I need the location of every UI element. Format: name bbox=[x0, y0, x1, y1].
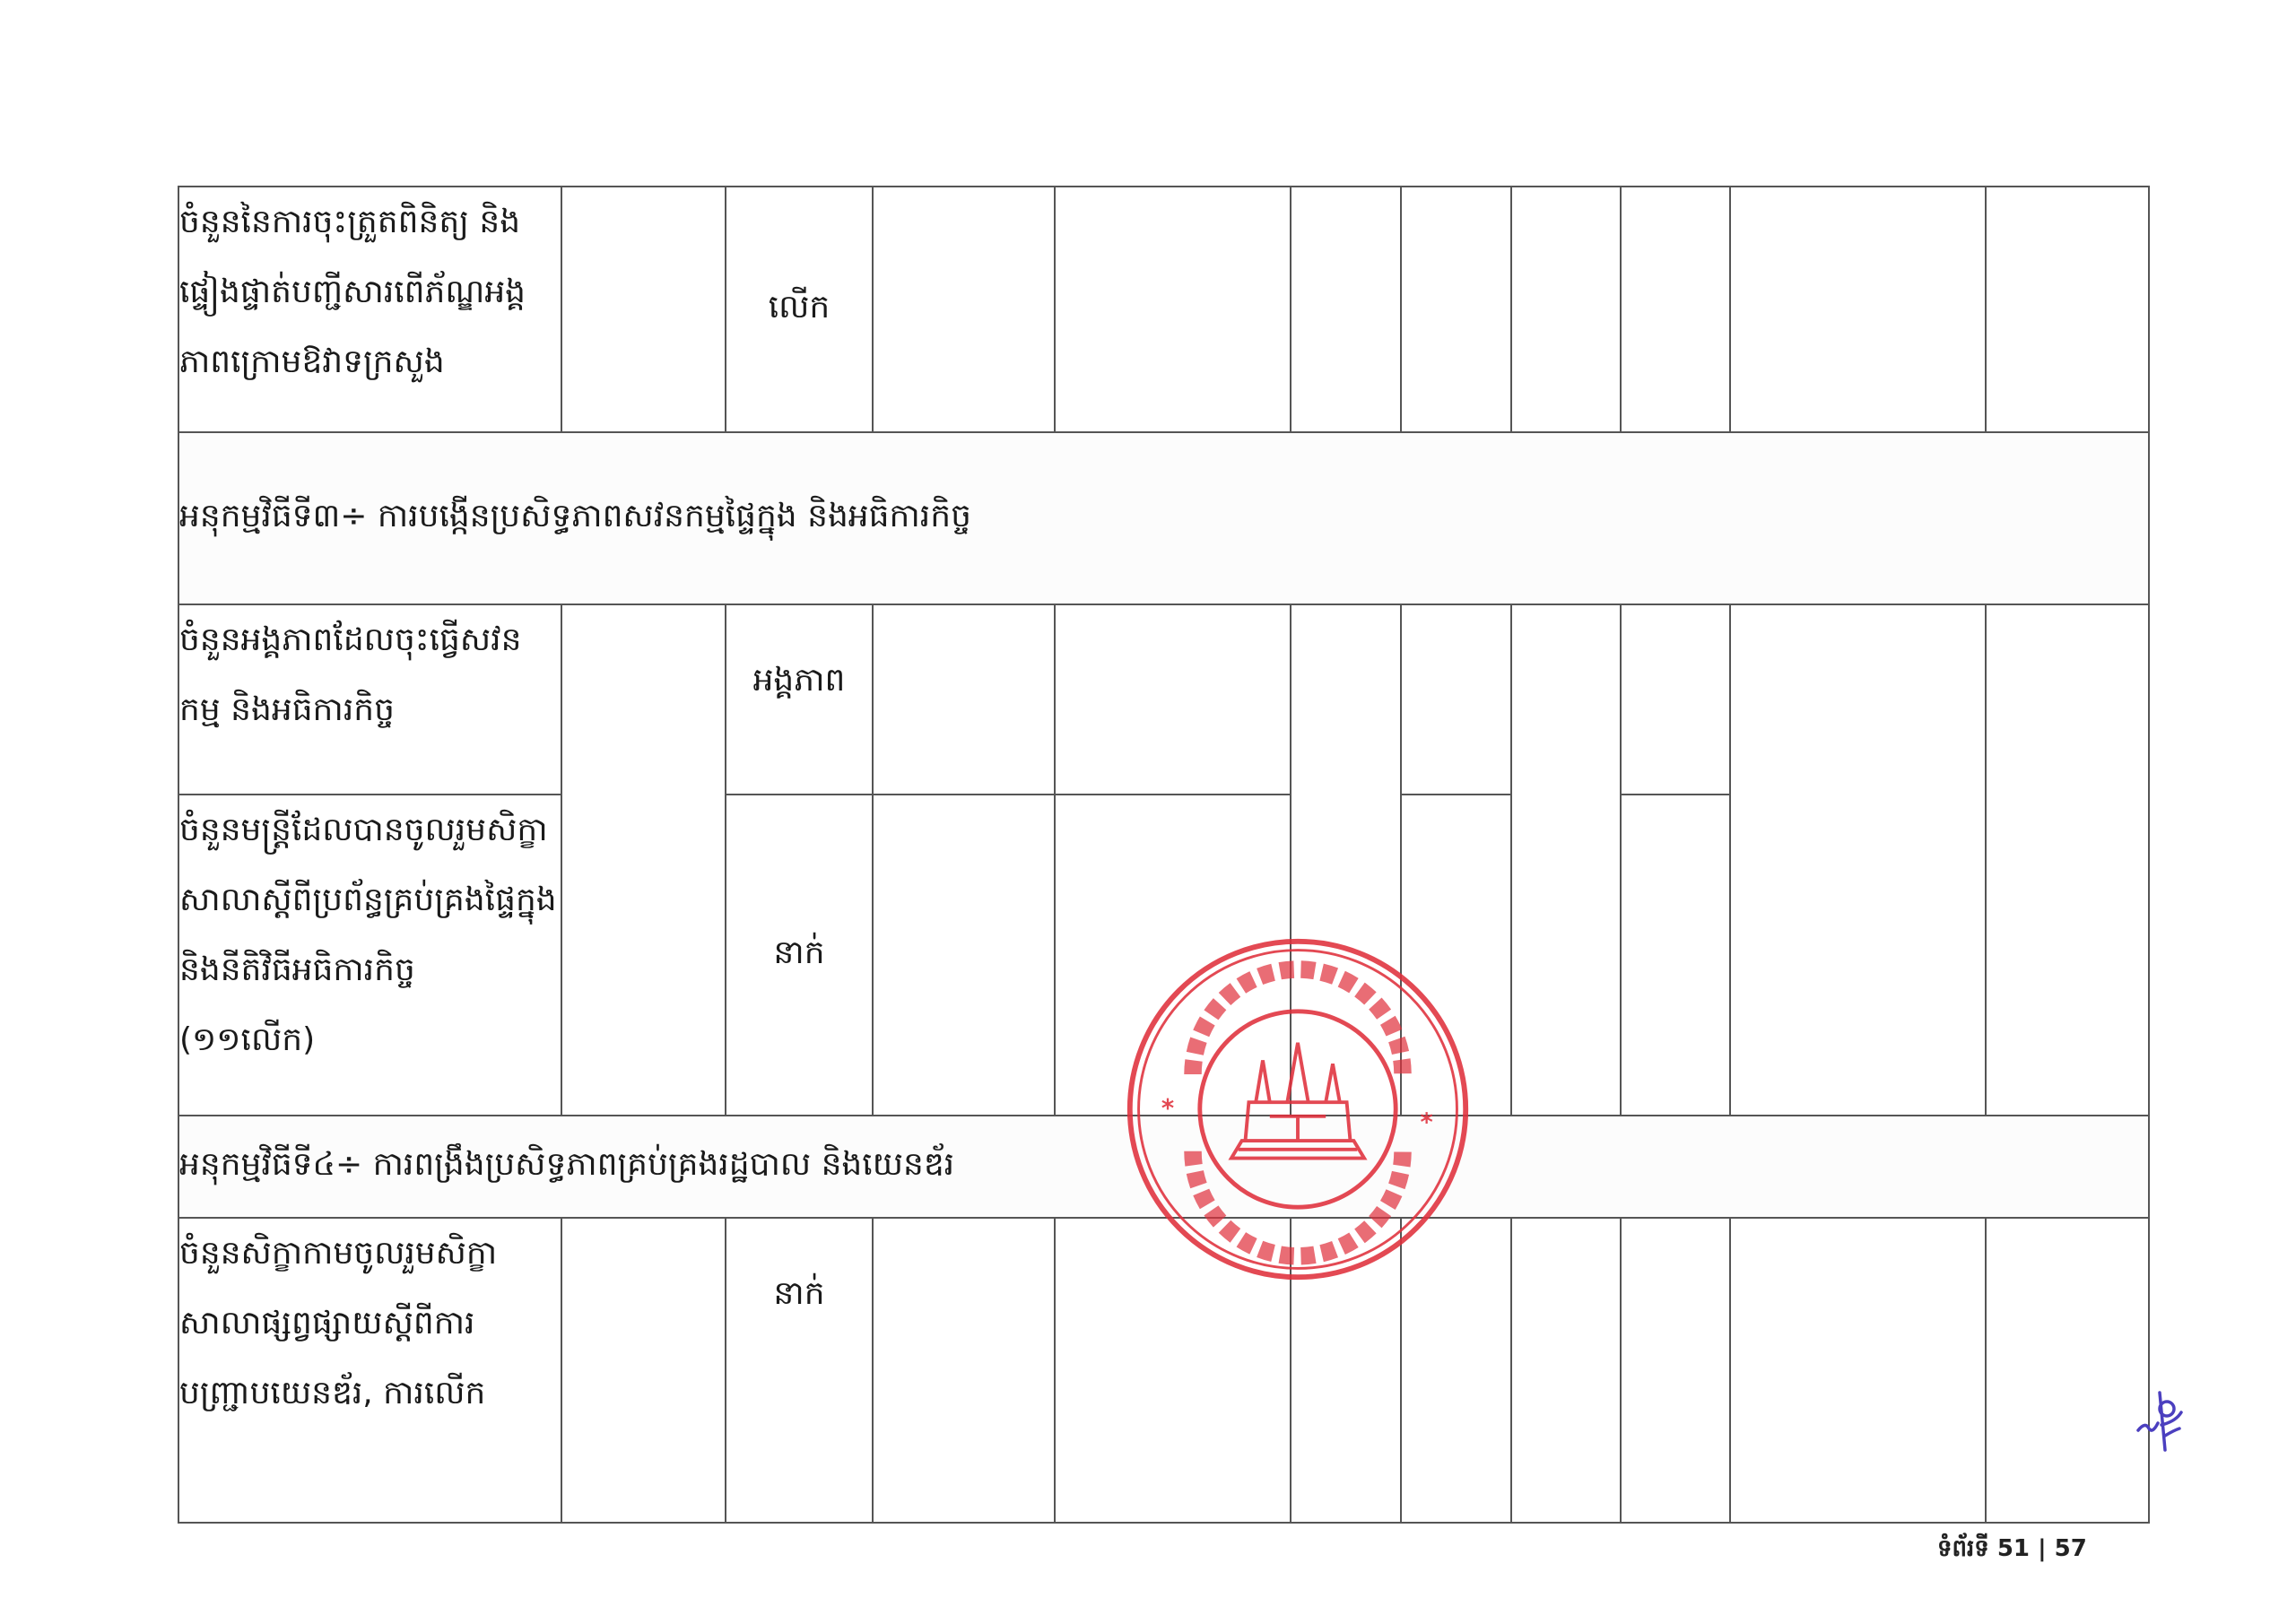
page-current: 51 bbox=[1997, 1535, 2030, 1562]
unit-cell: នាក់ bbox=[726, 795, 873, 1116]
empty-cell bbox=[1511, 604, 1621, 1116]
indicator-cell: ចំនួនអង្គភាពដែលចុះធ្វើសវនកម្ម និងអធិការក… bbox=[178, 604, 561, 795]
empty-cell bbox=[1621, 187, 1730, 432]
empty-cell bbox=[1511, 1218, 1621, 1523]
empty-cell bbox=[561, 604, 726, 1116]
empty-cell bbox=[1055, 604, 1291, 795]
empty-cell bbox=[1055, 187, 1291, 432]
page-total: 57 bbox=[2055, 1535, 2087, 1562]
indicator-cell: ចំនួននៃការចុះត្រួតពិនិត្យ និងផ្ទៀងផ្ទាត់… bbox=[178, 187, 561, 432]
table-row: ចំនួននៃការចុះត្រួតពិនិត្យ និងផ្ទៀងផ្ទាត់… bbox=[178, 187, 2149, 432]
empty-cell bbox=[1511, 187, 1621, 432]
empty-cell bbox=[1986, 604, 2149, 1116]
table-row: ចំនួនអង្គភាពដែលចុះធ្វើសវនកម្ម និងអធិការក… bbox=[178, 604, 2149, 795]
svg-text:*: * bbox=[1421, 1108, 1433, 1136]
empty-cell bbox=[1730, 1218, 1986, 1523]
page-label: ទំព័រទី bbox=[1937, 1535, 1989, 1562]
temple-seal-icon: * * bbox=[1123, 934, 1473, 1284]
page-separator: | bbox=[2038, 1535, 2047, 1562]
empty-cell bbox=[561, 187, 726, 432]
indicator-cell: ចំនួនសិក្ខាកាមចូលរួមសិក្ខាសាលាផ្សព្វផ្សា… bbox=[178, 1218, 561, 1523]
empty-cell bbox=[1621, 795, 1730, 1116]
empty-cell bbox=[873, 795, 1055, 1116]
empty-cell bbox=[1986, 1218, 2149, 1523]
unit-cell: នាក់ bbox=[726, 1218, 873, 1523]
section-title: អនុកម្មវិធីទី៣÷ ការបង្កើនប្រសិទ្ធភាពសវនក… bbox=[178, 432, 2149, 604]
unit-cell: អង្គភាព bbox=[726, 604, 873, 795]
empty-cell bbox=[1291, 187, 1401, 432]
signature-initials bbox=[2135, 1376, 2206, 1457]
empty-cell bbox=[1621, 1218, 1730, 1523]
document-page: ចំនួននៃការចុះត្រួតពិនិត្យ និងផ្ទៀងផ្ទាត់… bbox=[0, 0, 2296, 1624]
empty-cell bbox=[873, 1218, 1055, 1523]
unit-cell: លើក bbox=[726, 187, 873, 432]
svg-text:*: * bbox=[1161, 1095, 1174, 1123]
empty-cell bbox=[873, 187, 1055, 432]
empty-cell bbox=[873, 604, 1055, 795]
empty-cell bbox=[1730, 187, 1986, 432]
empty-cell bbox=[1621, 604, 1730, 795]
empty-cell bbox=[1730, 604, 1986, 1116]
empty-cell bbox=[1401, 604, 1511, 795]
empty-cell bbox=[561, 1218, 726, 1523]
indicator-cell: ចំនួនមន្ត្រីដែលបានចូលរួមសិក្ខាសាលាស្តីពី… bbox=[178, 795, 561, 1116]
empty-cell bbox=[1401, 187, 1511, 432]
section-header-row: អនុកម្មវិធីទី៣÷ ការបង្កើនប្រសិទ្ធភាពសវនក… bbox=[178, 432, 2149, 604]
empty-cell bbox=[1986, 187, 2149, 432]
indicator-table: ចំនួននៃការចុះត្រួតពិនិត្យ និងផ្ទៀងផ្ទាត់… bbox=[178, 186, 2150, 1524]
page-number: ទំព័រទី 51 | 57 bbox=[1937, 1533, 2087, 1568]
